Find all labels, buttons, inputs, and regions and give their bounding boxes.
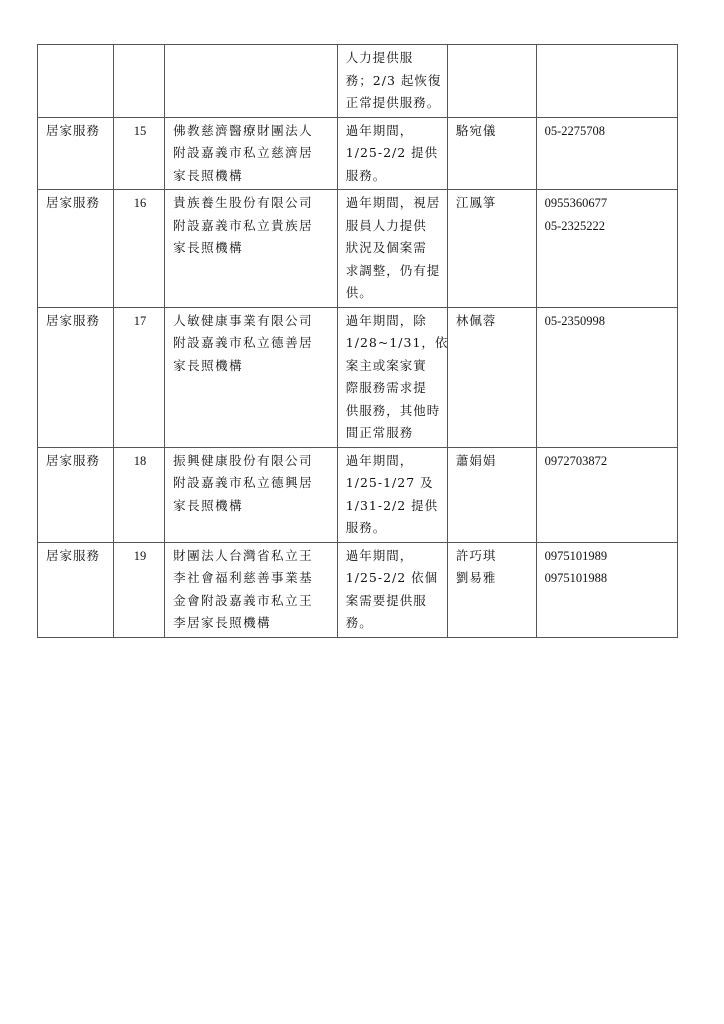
organization-name-cell: 人敏健康事業有限公司附設嘉義市私立德善居家長照機構 (165, 307, 338, 447)
holiday-service-cell: 過年期間，1/25-2/2 依個案需要提供服務。 (337, 542, 447, 637)
holiday-service-cell-line: 過年期間， (346, 450, 441, 473)
phone-number-cell-line: 0975101988 (545, 567, 671, 590)
holiday-service-cell-line: 服務。 (346, 517, 441, 540)
service-category-cell: 居家服務 (38, 190, 114, 308)
contact-person-cell-line: 江鳳箏 (456, 192, 530, 215)
phone-number-cell: 05-2275708 (536, 117, 677, 190)
row-number-cell: 19 (113, 542, 164, 637)
contact-person-cell: 林佩蓉 (447, 307, 536, 447)
holiday-service-cell-line: 1/25-2/2 依個 (346, 567, 441, 590)
contact-person-cell-line: 劉易雅 (456, 567, 530, 590)
organization-name-cell-line: 振興健康股份有限公司 (173, 450, 331, 473)
organization-name-cell-line: 附設嘉義市私立貴族居 (173, 215, 331, 238)
organization-name-cell-line: 金會附設嘉義市私立王 (173, 590, 331, 613)
table-row: 居家服務18振興健康股份有限公司附設嘉義市私立德興居家長照機構過年期間，1/25… (38, 447, 678, 542)
holiday-service-cell-line: 過年期間，視居 (346, 192, 441, 215)
organization-name-cell: 振興健康股份有限公司附設嘉義市私立德興居家長照機構 (165, 447, 338, 542)
phone-number-cell: 05-2350998 (536, 307, 677, 447)
holiday-service-cell-line: 案需要提供服 (346, 590, 441, 613)
organization-name-cell (165, 45, 338, 118)
holiday-service-cell: 人力提供服務；2/3 起恢復正常提供服務。 (337, 45, 447, 118)
holiday-service-cell-line: 人力提供服 (346, 47, 441, 70)
row-number-cell: 18 (113, 447, 164, 542)
organization-name-cell-line: 佛教慈濟醫療財團法人 (173, 120, 331, 143)
holiday-service-cell-line: 務；2/3 起恢復 (346, 70, 441, 93)
contact-person-cell-line: 許巧琪 (456, 545, 530, 568)
table-row: 居家服務15佛教慈濟醫療財團法人附設嘉義市私立慈濟居家長照機構過年期間，1/25… (38, 117, 678, 190)
organization-name-cell-line: 李居家長照機構 (173, 612, 331, 635)
organization-name-cell-line: 家長照機構 (173, 237, 331, 260)
holiday-service-cell-line: 務。 (346, 612, 441, 635)
holiday-service-cell-line: 正常提供服務。 (346, 92, 441, 115)
table-row: 居家服務19財團法人台灣省私立王李社會福利慈善事業基金會附設嘉義市私立王李居家長… (38, 542, 678, 637)
table-body: 人力提供服務；2/3 起恢復正常提供服務。居家服務15佛教慈濟醫療財團法人附設嘉… (38, 45, 678, 638)
contact-person-cell-line: 駱宛儀 (456, 120, 530, 143)
row-number-cell (113, 45, 164, 118)
phone-number-cell: 0972703872 (536, 447, 677, 542)
service-category-cell: 居家服務 (38, 447, 114, 542)
holiday-service-cell: 過年期間，視居服員人力提供狀況及個案需求調整，仍有提供。 (337, 190, 447, 308)
holiday-service-cell: 過年期間，1/25-2/2 提供服務。 (337, 117, 447, 190)
holiday-service-cell-line: 1/25-2/2 提供 (346, 142, 441, 165)
table-row: 居家服務16貴族養生股份有限公司附設嘉義市私立貴族居家長照機構過年期間，視居服員… (38, 190, 678, 308)
organization-name-cell-line: 財團法人台灣省私立王 (173, 545, 331, 568)
organization-name-cell-line: 附設嘉義市私立德善居 (173, 332, 331, 355)
holiday-service-cell-line: 過年期間，除 (346, 310, 441, 333)
holiday-service-cell-line: 服務。 (346, 165, 441, 188)
organization-name-cell-line: 李社會福利慈善事業基 (173, 567, 331, 590)
service-category-cell: 居家服務 (38, 542, 114, 637)
holiday-service-cell-line: 案主或案家實 (346, 355, 441, 378)
holiday-service-cell: 過年期間，除1/28~1/31，依案主或案家實際服務需求提供服務，其他時間正常服… (337, 307, 447, 447)
table-row: 居家服務17人敏健康事業有限公司附設嘉義市私立德善居家長照機構過年期間，除1/2… (38, 307, 678, 447)
phone-number-cell: 09751019890975101988 (536, 542, 677, 637)
holiday-service-cell-line: 1/31-2/2 提供 (346, 495, 441, 518)
contact-person-cell: 江鳳箏 (447, 190, 536, 308)
row-number-cell: 15 (113, 117, 164, 190)
phone-number-cell (536, 45, 677, 118)
phone-number-cell-line: 05-2350998 (545, 310, 671, 333)
contact-person-cell: 許巧琪劉易雅 (447, 542, 536, 637)
contact-person-cell: 蕭娟娟 (447, 447, 536, 542)
organization-name-cell-line: 家長照機構 (173, 495, 331, 518)
organization-name-cell-line: 人敏健康事業有限公司 (173, 310, 331, 333)
organization-name-cell-line: 貴族養生股份有限公司 (173, 192, 331, 215)
organization-name-cell-line: 附設嘉義市私立慈濟居 (173, 142, 331, 165)
holiday-service-cell-line: 際服務需求提 (346, 377, 441, 400)
service-category-cell: 居家服務 (38, 307, 114, 447)
phone-number-cell-line: 0972703872 (545, 450, 671, 473)
holiday-service-cell-line: 供。 (346, 282, 441, 305)
holiday-service-cell-line: 供服務，其他時 (346, 400, 441, 423)
contact-person-cell-line: 林佩蓉 (456, 310, 530, 333)
holiday-service-cell-line: 服員人力提供 (346, 215, 441, 238)
holiday-service-cell-line: 1/28~1/31，依 (346, 332, 441, 355)
holiday-service-cell-line: 過年期間， (346, 120, 441, 143)
phone-number-cell-line: 05-2275708 (545, 120, 671, 143)
holiday-service-cell-line: 求調整，仍有提 (346, 260, 441, 283)
contact-person-cell: 駱宛儀 (447, 117, 536, 190)
contact-person-cell (447, 45, 536, 118)
service-category-cell: 居家服務 (38, 117, 114, 190)
organization-name-cell-line: 附設嘉義市私立德興居 (173, 472, 331, 495)
service-provider-table: 人力提供服務；2/3 起恢復正常提供服務。居家服務15佛教慈濟醫療財團法人附設嘉… (37, 44, 678, 638)
phone-number-cell: 095536067705-2325222 (536, 190, 677, 308)
phone-number-cell-line: 0975101989 (545, 545, 671, 568)
organization-name-cell: 貴族養生股份有限公司附設嘉義市私立貴族居家長照機構 (165, 190, 338, 308)
phone-number-cell-line: 05-2325222 (545, 215, 671, 238)
holiday-service-cell-line: 1/25-1/27 及 (346, 472, 441, 495)
holiday-service-cell-line: 狀況及個案需 (346, 237, 441, 260)
service-category-cell (38, 45, 114, 118)
holiday-service-cell: 過年期間，1/25-1/27 及1/31-2/2 提供服務。 (337, 447, 447, 542)
contact-person-cell-line: 蕭娟娟 (456, 450, 530, 473)
organization-name-cell-line: 家長照機構 (173, 165, 331, 188)
holiday-service-cell-line: 間正常服務 (346, 422, 441, 445)
table-row: 人力提供服務；2/3 起恢復正常提供服務。 (38, 45, 678, 118)
organization-name-cell: 佛教慈濟醫療財團法人附設嘉義市私立慈濟居家長照機構 (165, 117, 338, 190)
holiday-service-cell-line: 過年期間， (346, 545, 441, 568)
organization-name-cell-line: 家長照機構 (173, 355, 331, 378)
organization-name-cell: 財團法人台灣省私立王李社會福利慈善事業基金會附設嘉義市私立王李居家長照機構 (165, 542, 338, 637)
row-number-cell: 17 (113, 307, 164, 447)
phone-number-cell-line: 0955360677 (545, 192, 671, 215)
row-number-cell: 16 (113, 190, 164, 308)
